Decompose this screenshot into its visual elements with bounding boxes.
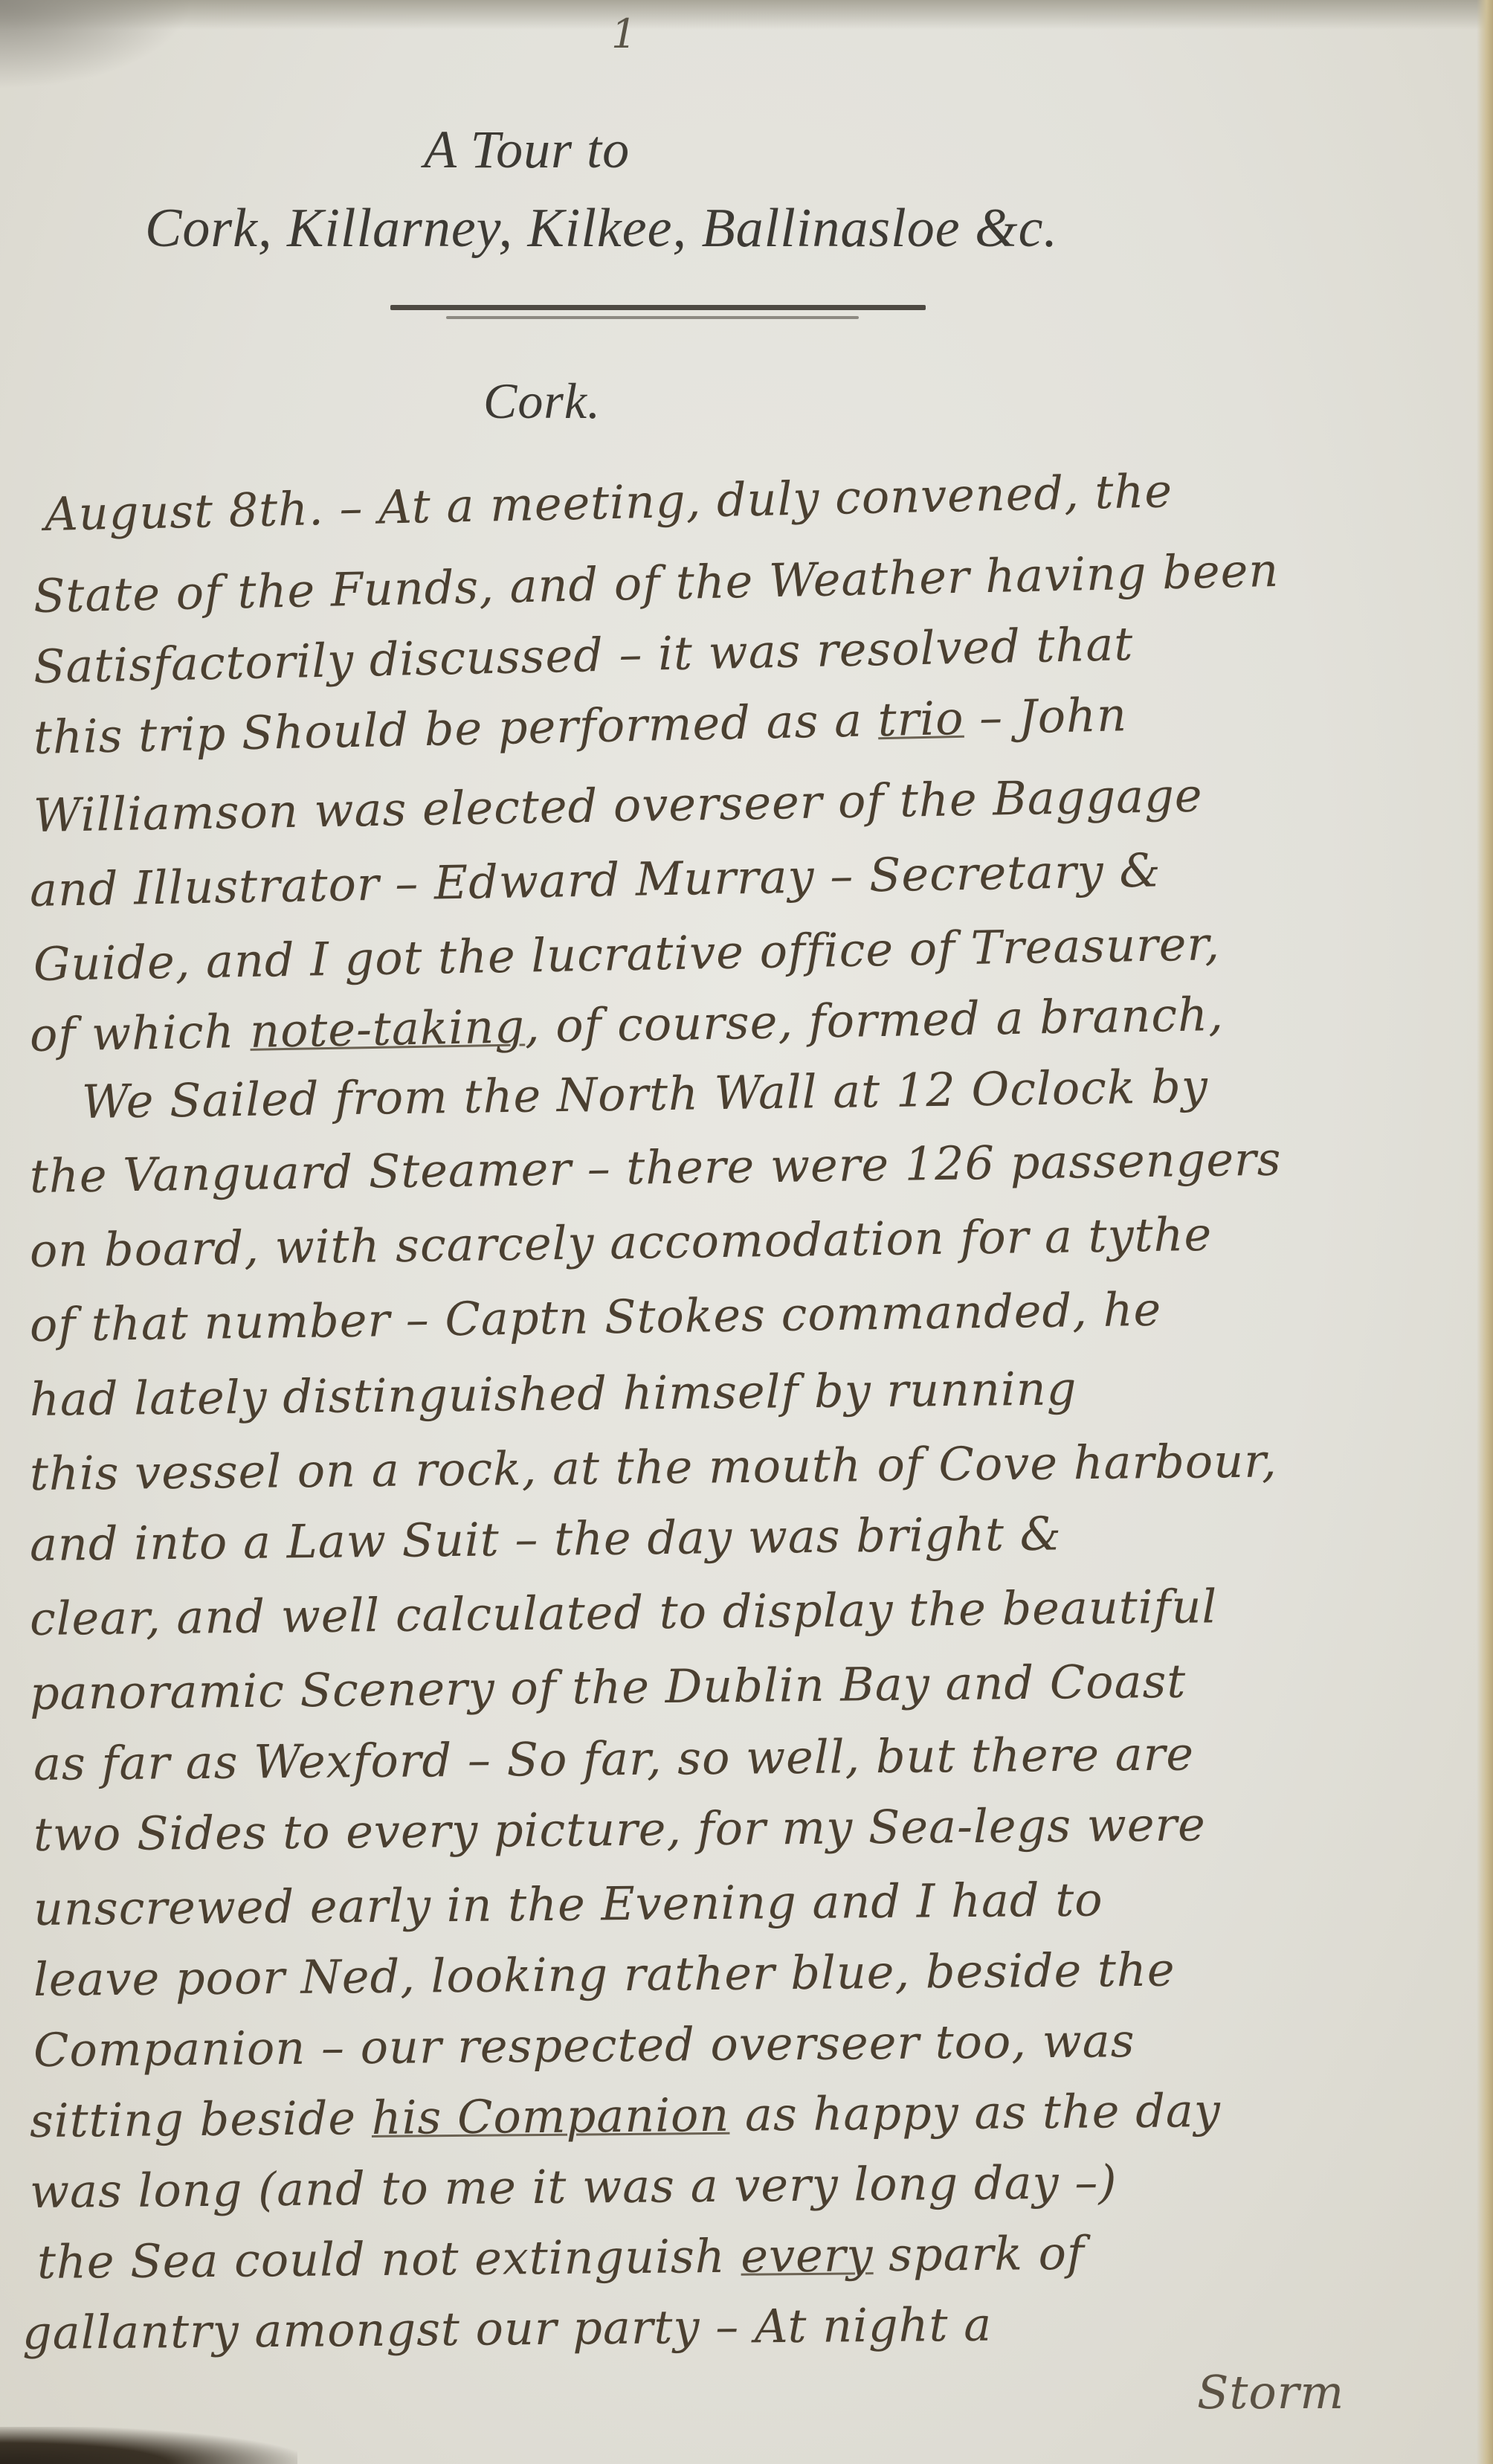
catchword: Storm [1197,2365,1344,2419]
title-line-2: Cork, Killarney, Kilkee, Ballinasloe &c. [145,197,1058,260]
body-line: on board, with scarcely accomodation for… [29,1207,1212,1278]
body-line: this trip Should be performed as a trio … [33,687,1127,765]
body-line: of that number – Captn Stokes commanded,… [29,1282,1161,1352]
title-divider-secondary [446,316,859,319]
page-top-shadow [0,0,1493,30]
body-line: State of the Funds, and of the Weather h… [33,543,1280,623]
body-line: the Vanguard Steamer – there were 126 pa… [29,1131,1281,1203]
body-line: two Sides to every picture, for my Sea-l… [33,1797,1206,1862]
body-line: panoramic Scenery of the Dublin Bay and … [30,1654,1187,1720]
title-line-1: A Tour to [424,119,630,181]
section-heading: Cork. [483,372,601,431]
body-line: unscrewed early in the Evening and I had… [33,1872,1103,1936]
body-line: clear, and well calculated to display th… [30,1579,1218,1646]
page-edge [1477,0,1493,2464]
page-corner-shadow [0,0,193,89]
body-line: the Sea could not extinguish every spark… [37,2226,1085,2289]
body-line: and Illustrator – Edward Murray – Secret… [29,843,1161,917]
body-line: leave poor Ned, looking rather blue, bes… [33,1943,1176,2007]
body-line: as far as Wexford – So far, so well, but… [33,1726,1195,1791]
body-line: August 8th. – At a meeting, duly convene… [44,463,1173,541]
body-line: Williamson was elected overseer of the B… [33,768,1203,843]
body-line: and into a Law Suit – the day was bright… [30,1506,1062,1572]
body-line: of which note-taking, of course, formed … [29,987,1224,1062]
underlined-word: note-taking [250,999,526,1058]
underlined-word: every [741,2227,874,2283]
book-binding-shadow [0,2427,297,2464]
body-line: sitting beside his Companion as happy as… [30,2083,1221,2148]
body-line: was long (and to me it was a very long d… [30,2155,1118,2219]
body-line: Satisfactorily discussed – it was resolv… [33,617,1134,694]
body-line: had lately distinguished himself by runn… [30,1361,1077,1426]
page-number: 1 [611,10,637,57]
title-divider [390,305,926,310]
underlined-word: trio [877,691,964,747]
body-line: this vessel on a rock, at the mouth of C… [30,1433,1277,1501]
underlined-word: his Companion [371,2088,729,2145]
manuscript-page: 1 A Tour to Cork, Killarney, Kilkee, Bal… [0,0,1493,2464]
body-line: We Sailed from the North Wall at 12 Oclo… [81,1059,1208,1129]
body-line: Companion – our respected overseer too, … [33,2013,1135,2077]
body-line: gallantry amongst our party – At night a [22,2297,993,2360]
body-line: Guide, and I got the lucrative office of… [33,916,1220,991]
